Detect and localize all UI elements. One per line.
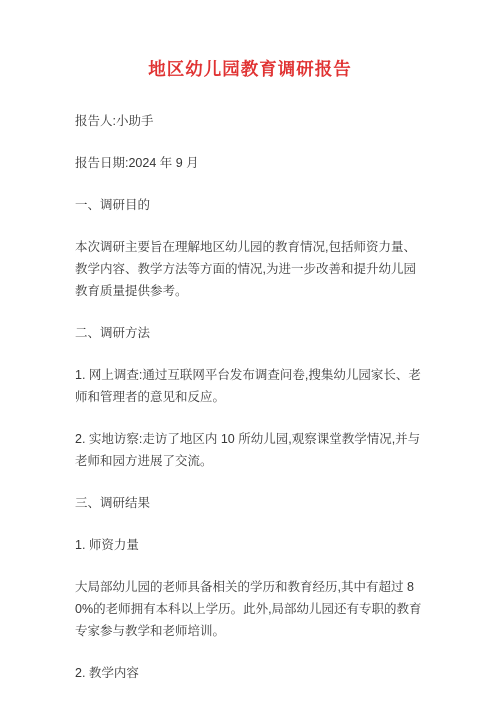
section-2-item-2: 2. 实地访察:走访了地区内 10 所幼儿园,观察课堂教学情况,并与老师和园方进… [75, 428, 425, 472]
subsection-1-heading: 1. 师资力量 [75, 534, 425, 556]
section-2-heading: 二、调研方法 [75, 322, 425, 344]
section-2-item-1: 1. 网上调查:通过互联网平台发布调查问卷,搜集幼儿园家长、老师和管理者的意见和… [75, 364, 425, 408]
document-title: 地区幼儿园教育调研报告 [75, 57, 425, 81]
section-1-heading: 一、调研目的 [75, 194, 425, 216]
section-1-paragraph-1: 本次调研主要旨在理解地区幼儿园的教育情况,包括师资力量、教学内容、教学方法等方面… [75, 236, 425, 302]
report-author-line: 报告人:小助手 [75, 110, 425, 132]
document-page: 地区幼儿园教育调研报告 报告人:小助手 报告日期:2024 年 9 月 一、调研… [0, 0, 500, 707]
subsection-1-paragraph-1: 大局部幼儿园的老师具备相关的学历和教育经历,其中有超过 80%的老师拥有本科以上… [75, 576, 425, 642]
report-date-line: 报告日期:2024 年 9 月 [75, 152, 425, 174]
section-3-heading: 三、调研结果 [75, 492, 425, 514]
subsection-2-heading: 2. 教学内容 [75, 662, 425, 684]
